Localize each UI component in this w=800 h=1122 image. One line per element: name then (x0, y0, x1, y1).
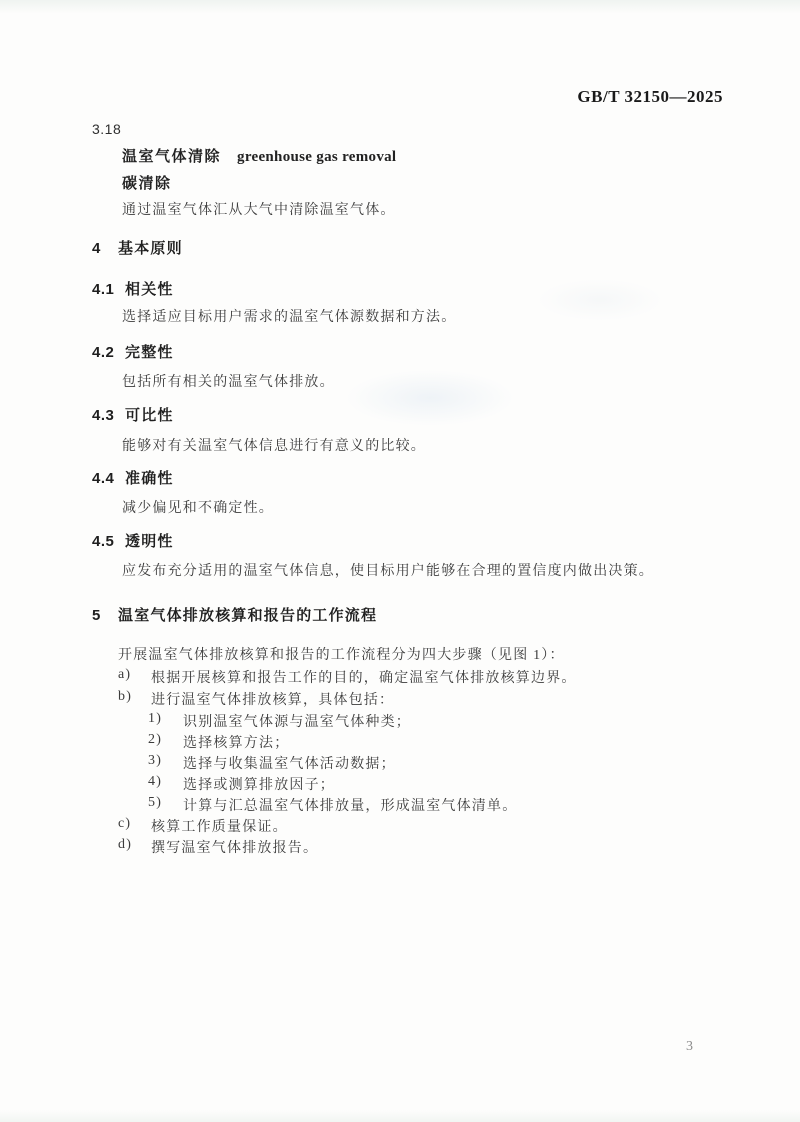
page-number: 3 (686, 1039, 694, 1055)
document-page: GB/T 32150—2025 3.18 温室气体清除greenhouse ga… (0, 0, 800, 1122)
section-5-heading: 5温室气体排放核算和报告的工作流程 (92, 604, 377, 625)
term-line: 温室气体清除greenhouse gas removal (122, 145, 396, 166)
list-item-label: c) (118, 816, 151, 836)
term-chinese: 温室气体清除 (122, 148, 221, 165)
list-item-text: 选择与收集温室气体活动数据； (183, 753, 396, 773)
list-item-label: d) (118, 837, 151, 857)
subsection-4-4-number: 4.4 (92, 470, 125, 487)
list-item-text: 撰写温室气体排放报告。 (151, 837, 318, 857)
list-item-label: 5) (148, 795, 183, 815)
subsection-4-4-heading: 4.4准确性 (92, 467, 174, 488)
subsection-4-5-heading: 4.5透明性 (92, 530, 174, 551)
workflow-item-a: a) 根据开展核算和报告工作的目的，确定温室气体排放核算边界。 (118, 667, 577, 687)
clause-number: 3.18 (92, 121, 121, 137)
workflow-item-b3: 3) 选择与收集温室气体活动数据； (148, 753, 396, 773)
workflow-item-c: c) 核算工作质量保证。 (118, 816, 288, 836)
term-english: greenhouse gas removal (237, 149, 396, 165)
subsection-4-2-title: 完整性 (125, 344, 174, 361)
workflow-item-b2: 2) 选择核算方法； (148, 732, 289, 752)
subsection-4-4-title: 准确性 (125, 470, 174, 487)
workflow-item-b4: 4) 选择或测算排放因子； (148, 774, 335, 794)
subsection-4-5-title: 透明性 (125, 533, 174, 550)
subsection-4-1-body: 选择适应目标用户需求的温室气体源数据和方法。 (122, 306, 456, 326)
list-item-text: 选择核算方法； (183, 732, 289, 752)
list-item-label: 4) (148, 774, 183, 794)
list-item-text: 核算工作质量保证。 (151, 816, 288, 836)
section-5-intro: 开展温室气体排放核算和报告的工作流程分为四大步骤（见图 1）： (118, 644, 565, 664)
subsection-4-1-title: 相关性 (125, 281, 174, 298)
list-item-text: 计算与汇总温室气体排放量，形成温室气体清单。 (183, 795, 517, 815)
list-item-text: 进行温室气体排放核算，具体包括： (151, 689, 394, 709)
section-5-number: 5 (92, 607, 118, 624)
list-item-label: b) (118, 689, 151, 709)
subsection-4-2-heading: 4.2完整性 (92, 341, 174, 362)
subsection-4-5-number: 4.5 (92, 533, 125, 550)
workflow-item-d: d) 撰写温室气体排放报告。 (118, 837, 318, 857)
list-item-text: 识别温室气体源与温室气体种类； (183, 711, 411, 731)
section-4-title: 基本原则 (118, 240, 183, 257)
list-item-text: 选择或测算排放因子； (183, 774, 335, 794)
subsection-4-1-heading: 4.1相关性 (92, 278, 174, 299)
list-item-label: a) (118, 667, 151, 687)
workflow-item-b1: 1) 识别温室气体源与温室气体种类； (148, 711, 411, 731)
list-item-label: 1) (148, 711, 183, 731)
subsection-4-3-title: 可比性 (125, 407, 174, 424)
subsection-4-4-body: 减少偏见和不确定性。 (122, 497, 274, 517)
section-4-number: 4 (92, 240, 118, 257)
workflow-item-b5: 5) 计算与汇总温室气体排放量，形成温室气体清单。 (148, 795, 517, 815)
subsection-4-3-heading: 4.3可比性 (92, 404, 174, 425)
section-4-heading: 4基本原则 (92, 237, 183, 258)
subsection-4-2-body: 包括所有相关的温室气体排放。 (122, 371, 335, 391)
term-definition: 通过温室气体汇从大气中清除温室气体。 (122, 199, 396, 219)
term-synonym: 碳清除 (122, 172, 172, 193)
subsection-4-2-number: 4.2 (92, 344, 125, 361)
subsection-4-5-body: 应发布充分适用的温室气体信息，使目标用户能够在合理的置信度内做出决策。 (122, 560, 654, 580)
section-5-title: 温室气体排放核算和报告的工作流程 (118, 607, 377, 624)
subsection-4-1-number: 4.1 (92, 281, 125, 298)
subsection-4-3-body: 能够对有关温室气体信息进行有意义的比较。 (122, 435, 426, 455)
list-item-label: 2) (148, 732, 183, 752)
list-item-text: 根据开展核算和报告工作的目的，确定温室气体排放核算边界。 (151, 667, 577, 687)
workflow-item-b: b) 进行温室气体排放核算，具体包括： (118, 689, 394, 709)
running-header: GB/T 32150—2025 (577, 87, 723, 107)
subsection-4-3-number: 4.3 (92, 407, 125, 424)
list-item-label: 3) (148, 753, 183, 773)
